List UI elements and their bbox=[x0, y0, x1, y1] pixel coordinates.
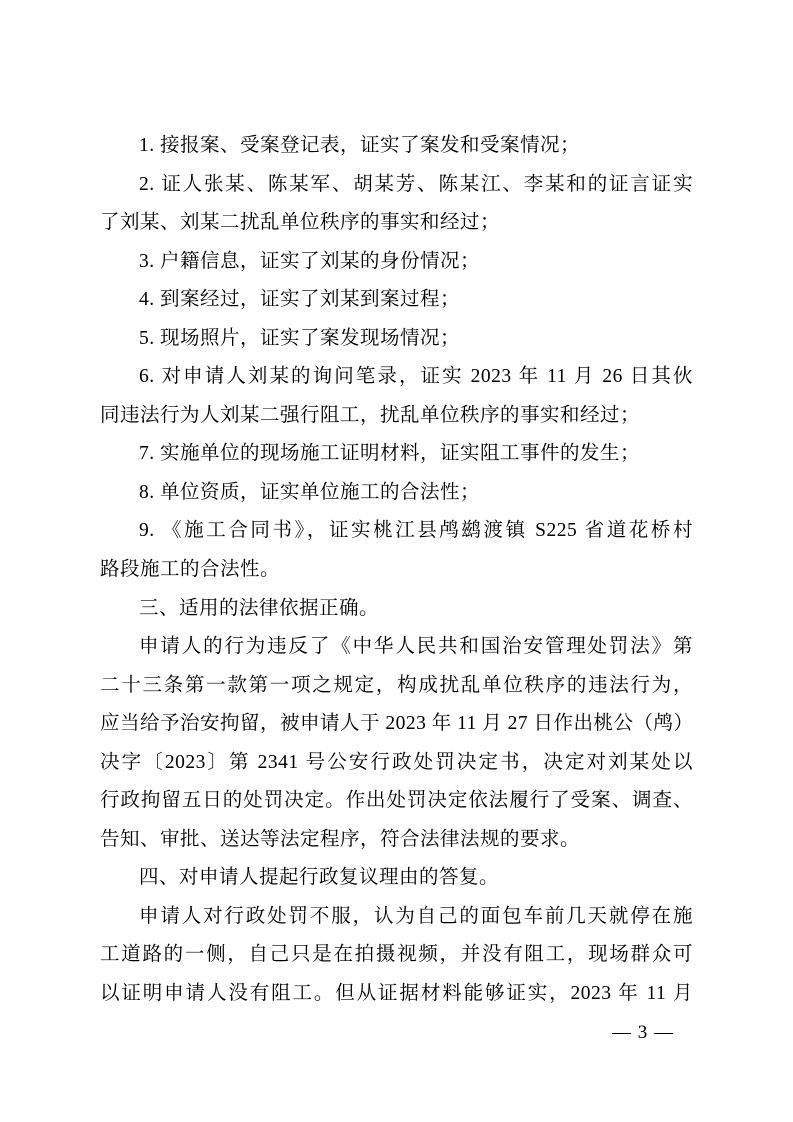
section-heading-four: 四、对申请人提起行政复议理由的答复。 bbox=[100, 859, 693, 898]
text-line: 5. 现场照片，证实了案发现场情况； bbox=[100, 320, 693, 359]
evidence-item-9: 9. 《施工合同书》，证实桃江县鸬鹚渡镇 S225 省道花桥村 路段施工的合法性… bbox=[100, 512, 693, 589]
text-line: 9. 《施工合同书》，证实桃江县鸬鹚渡镇 S225 省道花桥村 bbox=[100, 512, 693, 551]
legal-basis-paragraph: 申请人的行为违反了《中华人民共和国治安管理处罚法》第 二十三条第一款第一项之规定… bbox=[100, 628, 693, 859]
evidence-item-4: 4. 到案经过，证实了刘某到案过程； bbox=[100, 281, 693, 320]
text-line: 同违法行为人刘某二强行阻工，扰乱单位秩序的事实和经过； bbox=[100, 397, 693, 436]
text-line: 工道路的一侧，自己只是在拍摄视频，并没有阻工，现场群众可 bbox=[100, 936, 693, 975]
text-line: 1. 接报案、受案登记表，证实了案发和受案情况； bbox=[100, 127, 693, 166]
section-heading-three: 三、适用的法律依据正确。 bbox=[100, 590, 693, 629]
evidence-item-6: 6. 对申请人刘某的询问笔录，证实 2023 年 11 月 26 日其伙 同违法… bbox=[100, 358, 693, 435]
reply-paragraph: 申请人对行政处罚不服，认为自己的面包车前几天就停在施 工道路的一侧，自己只是在拍… bbox=[100, 898, 693, 1014]
evidence-item-1: 1. 接报案、受案登记表，证实了案发和受案情况； bbox=[100, 127, 693, 166]
evidence-item-3: 3. 户籍信息，证实了刘某的身份情况； bbox=[100, 243, 693, 282]
text-line: 决字〔2023〕第 2341 号公安行政处罚决定书，决定对刘某处以 bbox=[100, 744, 693, 783]
evidence-item-7: 7. 实施单位的现场施工证明材料，证实阻工事件的发生； bbox=[100, 435, 693, 474]
text-line: 告知、审批、送达等法定程序，符合法律法规的要求。 bbox=[100, 821, 693, 860]
evidence-item-2: 2. 证人张某、陈某军、胡某芳、陈某江、李某和的证言证实 了刘某、刘某二扰乱单位… bbox=[100, 166, 693, 243]
document-text-block: 1. 接报案、受案登记表，证实了案发和受案情况； 2. 证人张某、陈某军、胡某芳… bbox=[100, 127, 693, 1014]
text-line: 申请人的行为违反了《中华人民共和国治安管理处罚法》第 bbox=[100, 628, 693, 667]
text-line: 路段施工的合法性。 bbox=[100, 551, 693, 590]
text-line: 6. 对申请人刘某的询问笔录，证实 2023 年 11 月 26 日其伙 bbox=[100, 358, 693, 397]
page-number: — 3 — bbox=[612, 1022, 674, 1044]
text-line: 应当给予治安拘留，被申请人于 2023 年 11 月 27 日作出桃公（鸬） bbox=[100, 705, 693, 744]
text-line: 以证明申请人没有阻工。但从证据材料能够证实，2023 年 11 月 bbox=[100, 975, 693, 1014]
text-line: 三、适用的法律依据正确。 bbox=[100, 590, 693, 629]
text-line: 3. 户籍信息，证实了刘某的身份情况； bbox=[100, 243, 693, 282]
text-line: 7. 实施单位的现场施工证明材料，证实阻工事件的发生； bbox=[100, 435, 693, 474]
evidence-item-5: 5. 现场照片，证实了案发现场情况； bbox=[100, 320, 693, 359]
text-line: 4. 到案经过，证实了刘某到案过程； bbox=[100, 281, 693, 320]
text-line: 8. 单位资质，证实单位施工的合法性； bbox=[100, 474, 693, 513]
evidence-item-8: 8. 单位资质，证实单位施工的合法性； bbox=[100, 474, 693, 513]
text-line: 行政拘留五日的处罚决定。作出处罚决定依法履行了受案、调查、 bbox=[100, 782, 693, 821]
text-line: 申请人对行政处罚不服，认为自己的面包车前几天就停在施 bbox=[100, 898, 693, 937]
text-line: 2. 证人张某、陈某军、胡某芳、陈某江、李某和的证言证实 bbox=[100, 166, 693, 205]
text-line: 了刘某、刘某二扰乱单位秩序的事实和经过； bbox=[100, 204, 693, 243]
text-line: 二十三条第一款第一项之规定，构成扰乱单位秩序的违法行为， bbox=[100, 667, 693, 706]
document-page: 1. 接报案、受案登记表，证实了案发和受案情况； 2. 证人张某、陈某军、胡某芳… bbox=[0, 0, 793, 1122]
text-line: 四、对申请人提起行政复议理由的答复。 bbox=[100, 859, 693, 898]
